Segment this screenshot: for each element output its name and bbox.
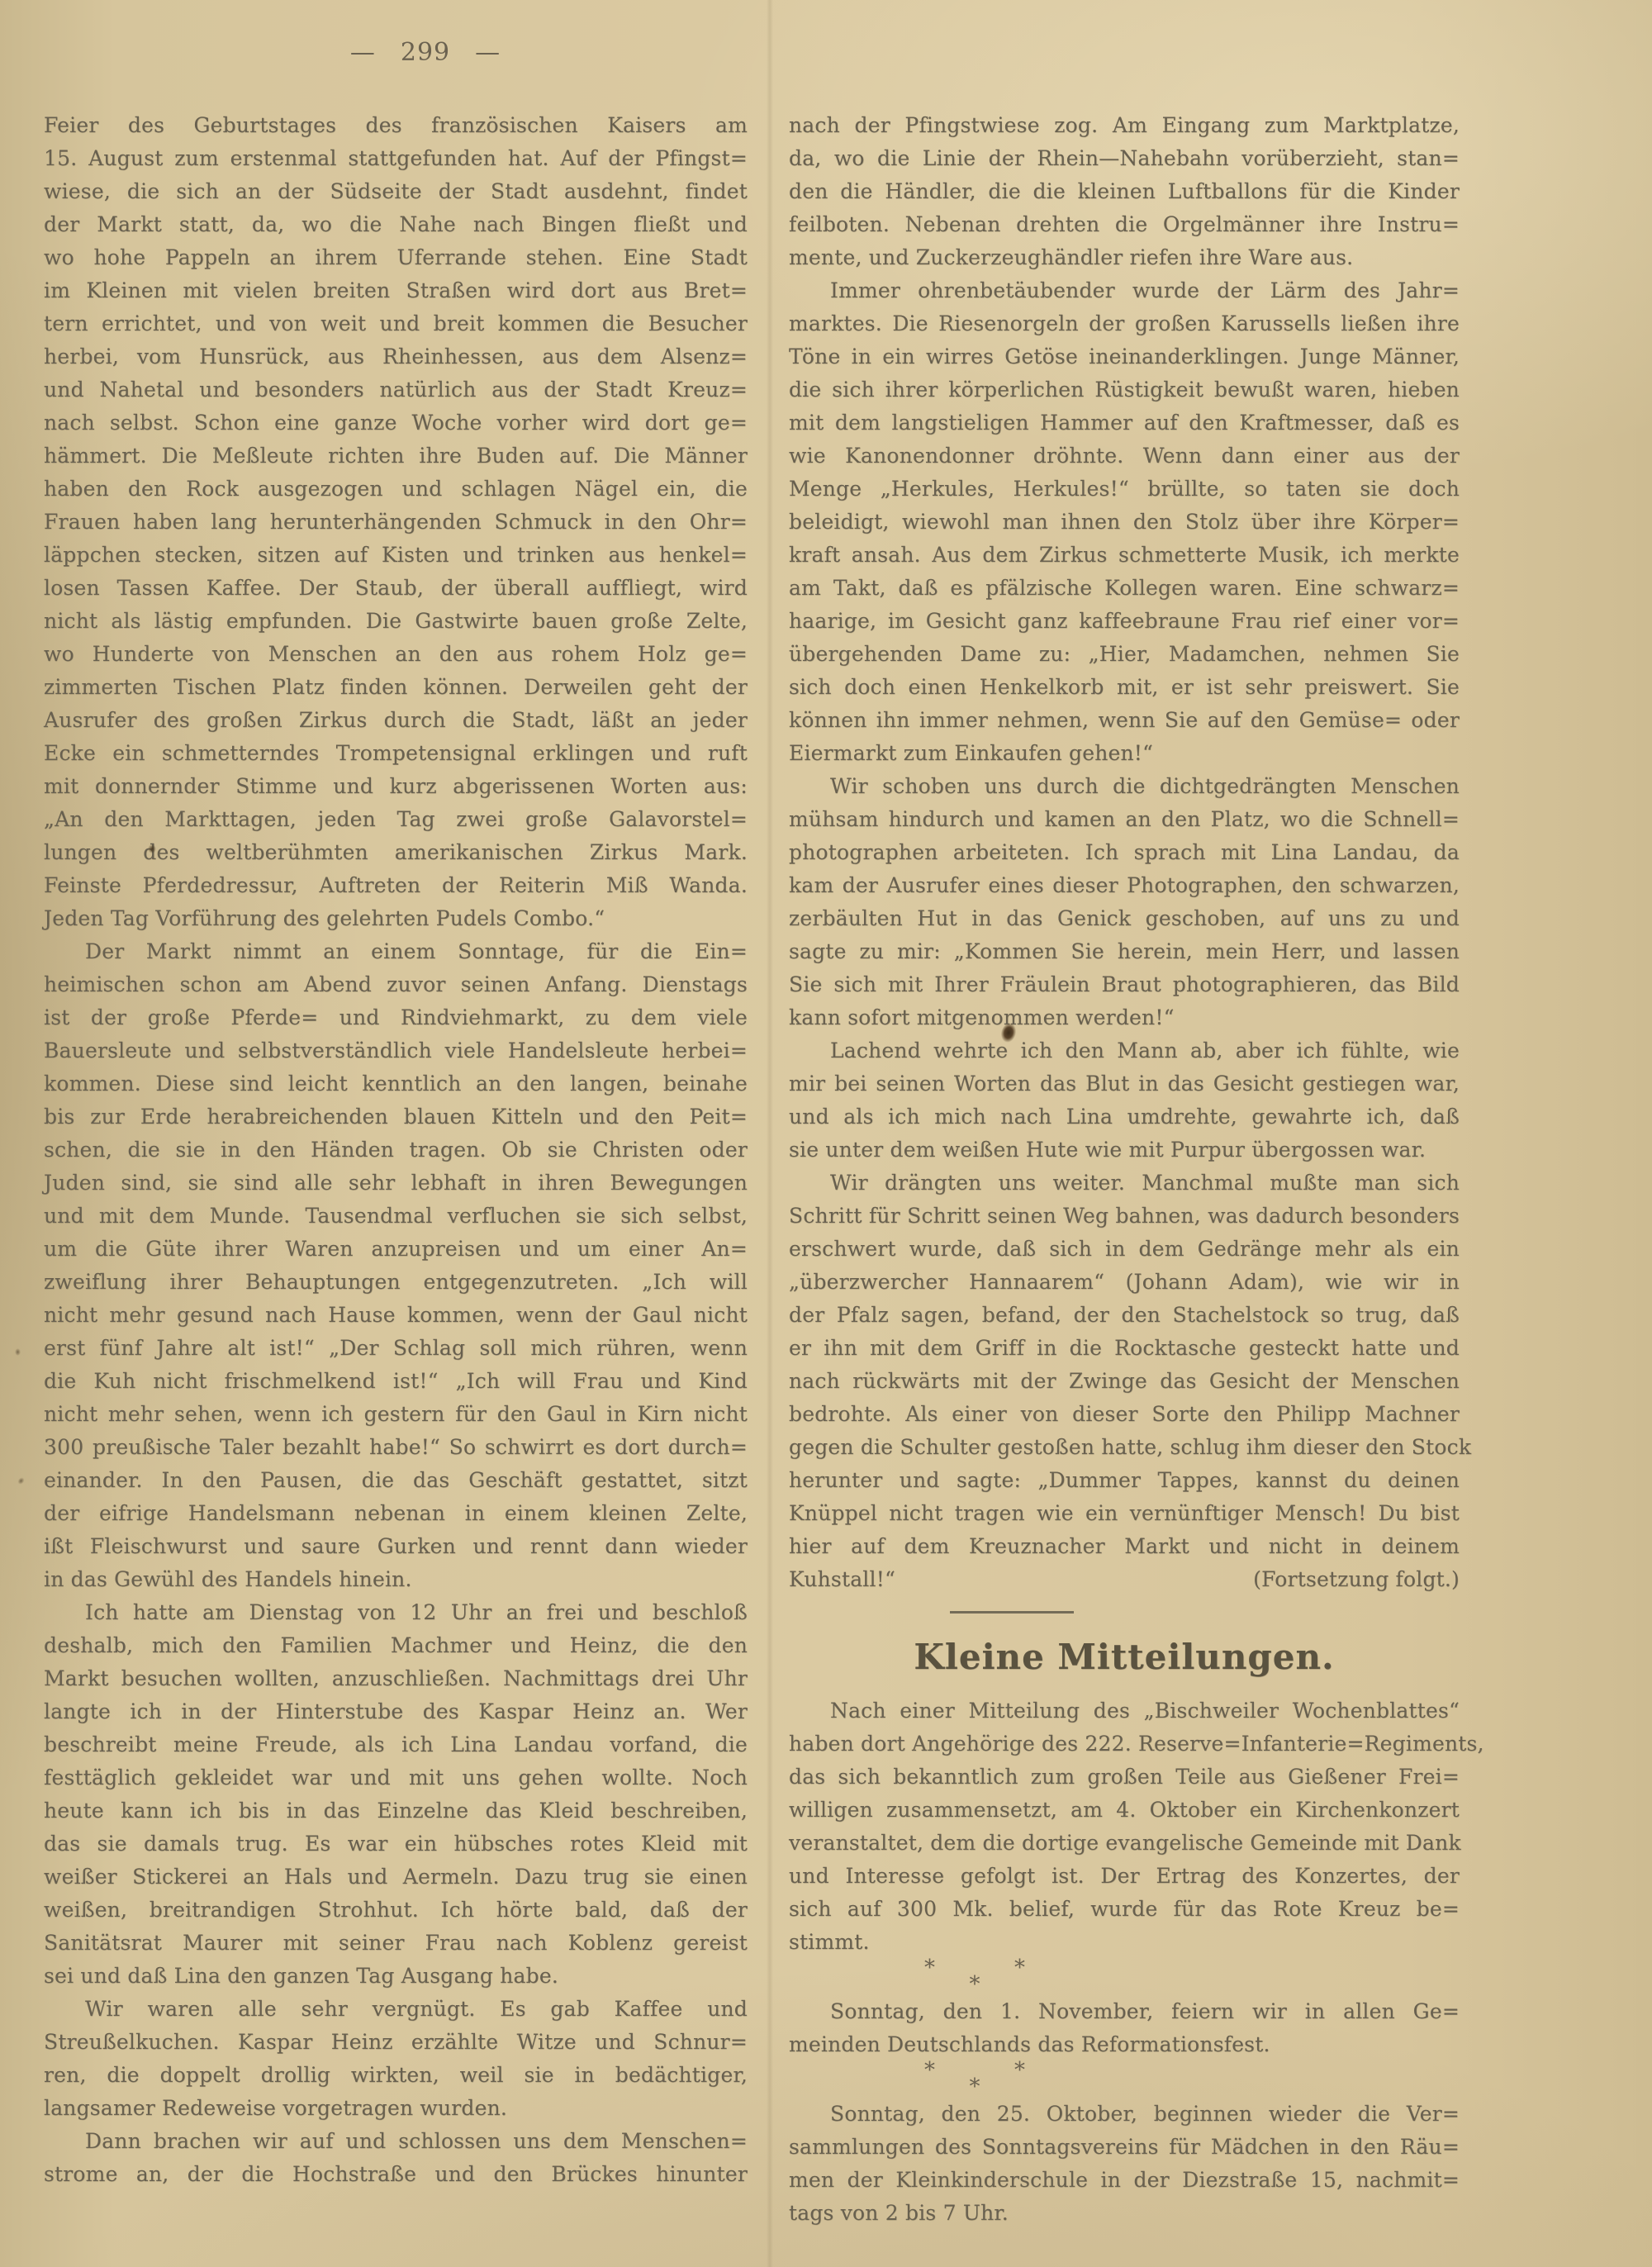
text-line: da, wo die Linie der Rhein—Nahebahn vorü…: [789, 142, 1460, 175]
text-line: Kuhstall!“(Fortsetzung folgt.): [789, 1563, 1460, 1596]
text-line: Schritt für Schritt seinen Weg bahnen, w…: [789, 1200, 1460, 1233]
text-line: er ihn mit dem Griff in die Rocktasche g…: [789, 1332, 1460, 1365]
text-line: mit dem langstieligen Hammer auf den Kra…: [789, 406, 1460, 440]
text-line: Sonntag, den 25. Oktober, beginnen wiede…: [789, 2098, 1460, 2131]
text-line: festtäglich gekleidet war und mit uns ge…: [44, 1761, 748, 1794]
page-number-dash-left: —: [350, 38, 376, 67]
text-line: Frauen haben lang herunterhängenden Schm…: [44, 506, 748, 539]
text-line: einander. In den Pausen, die das Geschäf…: [44, 1464, 748, 1497]
text-line: schen, die sie in den Händen tragen. Ob …: [44, 1133, 748, 1167]
text-line: nicht als lästig empfunden. Die Gastwirt…: [44, 605, 748, 638]
text-line: der Markt statt, da, wo die Nahe nach Bi…: [44, 208, 748, 241]
text-line: im Kleinen mit vielen breiten Straßen wi…: [44, 274, 748, 307]
text-line: sagte zu mir: „Kommen Sie herein, mein H…: [789, 935, 1460, 968]
text-line: und Interesse gefolgt ist. Der Ertrag de…: [789, 1860, 1460, 1893]
text-line: kann sofort mitgenommen werden!“: [789, 1001, 1460, 1034]
text-line: Menge „Herkules, Herkules!“ brüllte, so …: [789, 473, 1460, 506]
left-column: Feier des Geburtstages des französischen…: [44, 109, 748, 2191]
text-line: und mit dem Munde. Tausendmal verfluchen…: [44, 1200, 748, 1233]
text-line: Wir drängten uns weiter. Manchmal mußte …: [789, 1167, 1460, 1200]
text-line: nicht mehr sehen, wenn ich gestern für d…: [44, 1398, 748, 1431]
text-line: das sie damals trug. Es war ein hübsches…: [44, 1827, 748, 1861]
text-line: „überzwercher Hannaarem“ (Johann Adam), …: [789, 1266, 1460, 1299]
text-line: Markt besuchen wollten, anzuschließen. N…: [44, 1662, 748, 1695]
text-line: sie unter dem weißen Hute wie mit Purpur…: [789, 1133, 1460, 1167]
text-line: den die Händler, die die kleinen Luftbal…: [789, 175, 1460, 208]
text-line: heimischen schon am Abend zuvor seinen A…: [44, 968, 748, 1001]
text-line: nach der Pfingstwiese zog. Am Eingang zu…: [789, 109, 1460, 142]
text-line: mente, und Zuckerzeughändler riefen ihre…: [789, 241, 1460, 274]
text-line: Sie sich mit Ihrer Fräulein Braut photog…: [789, 968, 1460, 1001]
text-line: photographen arbeiteten. Ich sprach mit …: [789, 836, 1460, 869]
text-line: kommen. Diese sind leicht kenntlich an d…: [44, 1067, 748, 1100]
text-line: losen Tassen Kaffee. Der Staub, der über…: [44, 572, 748, 605]
text-line: Sonntag, den 1. November, feiern wir in …: [789, 1995, 1460, 2028]
text-line: mühsam hindurch und kamen an den Platz, …: [789, 803, 1460, 836]
text-line: Feinste Pferdedressur, Auftreten der Rei…: [44, 869, 748, 902]
text-line: ist der große Pferde= und Rindviehmarkt,…: [44, 1001, 748, 1034]
text-line: Sanitätsrat Maurer mit seiner Frau nach …: [44, 1927, 748, 1960]
text-line: in das Gewühl des Handels hinein.: [44, 1563, 748, 1596]
text-line: 300 preußische Taler bezahlt habe!“ So s…: [44, 1431, 748, 1464]
section-rule: [950, 1611, 1074, 1614]
text-line: nicht mehr gesund nach Hause kommen, wen…: [44, 1299, 748, 1332]
text-line: erst fünf Jahre alt ist!“ „Der Schlag so…: [44, 1332, 748, 1365]
text-line: mit donnernder Stimme und kurz abgerisse…: [44, 770, 748, 803]
text-line: sich doch einen Henkelkorb mit, er ist s…: [789, 671, 1460, 704]
text-line: erschwert wurde, daß sich in dem Gedräng…: [789, 1233, 1460, 1266]
text-line: wiese, die sich an der Südseite der Stad…: [44, 175, 748, 208]
text-line: gegen die Schulter gestoßen hatte, schlu…: [789, 1431, 1460, 1464]
text-line: sei und daß Lina den ganzen Tag Ausgang …: [44, 1960, 748, 1993]
text-line: und Nahetal und besonders natürlich aus …: [44, 373, 748, 406]
text-line: Wir waren alle sehr vergnügt. Es gab Kaf…: [44, 1993, 748, 2026]
star-divider: ***: [913, 1959, 1037, 1995]
text-line: Dann brachen wir auf und schlossen uns d…: [44, 2125, 748, 2158]
text-line: heute kann ich bis in das Einzelne das K…: [44, 1794, 748, 1827]
text-line: sammlungen des Sonntagsvereins für Mädch…: [789, 2131, 1460, 2164]
ink-spot: [148, 844, 156, 853]
text-line: sich auf 300 Mk. belief, wurde für das R…: [789, 1893, 1460, 1926]
paper-speck: [17, 1476, 26, 1485]
text-line: haben den Rock ausgezogen und schlagen N…: [44, 473, 748, 506]
text-line: Streußelkuchen. Kaspar Heinz erzählte Wi…: [44, 2026, 748, 2059]
text-line: Ecke ein schmetterndes Trompetensignal e…: [44, 737, 748, 770]
text-line: mir bei seinen Worten das Blut in das Ge…: [789, 1067, 1460, 1100]
text-line: Knüppel nicht tragen wie ein vernünftige…: [789, 1497, 1460, 1530]
right-column: nach der Pfingstwiese zog. Am Eingang zu…: [789, 109, 1460, 2230]
text-line: haarige, im Gesicht ganz kaffeebraune Fr…: [789, 605, 1460, 638]
text-line: Juden sind, sie sind alle sehr lebhaft i…: [44, 1167, 748, 1200]
text-line: Lachend wehrte ich den Mann ab, aber ich…: [789, 1034, 1460, 1067]
text-line: herbei, vom Hunsrück, aus Rheinhessen, a…: [44, 340, 748, 373]
text-line: weißer Stickerei an Hals und Aermeln. Da…: [44, 1861, 748, 1894]
scanned-page: { "colors": { "paper": "#d7c69e", "ink":…: [0, 0, 1652, 2267]
page-number-dash-right: —: [475, 38, 501, 67]
text-line: kam der Ausrufer eines dieser Photograph…: [789, 869, 1460, 902]
text-line: Nach einer Mitteilung des „Bischweiler W…: [789, 1694, 1460, 1728]
text-line: der Pfalz sagen, befand, der den Stachel…: [789, 1299, 1460, 1332]
page-number-row: — 299 —: [66, 38, 785, 67]
text-line: beleidigt, wiewohl man ihnen den Stolz ü…: [789, 506, 1460, 539]
text-line: zerbäulten Hut in das Genick geschoben, …: [789, 902, 1460, 935]
text-line: zimmerten Tischen Platz finden können. D…: [44, 671, 748, 704]
text-line: hämmert. Die Meßleute richten ihre Buden…: [44, 440, 748, 473]
page-number: 299: [401, 38, 450, 67]
text-line: am Takt, daß es pfälzische Kollegen ware…: [789, 572, 1460, 605]
text-line: ißt Fleischwurst und saure Gurken und re…: [44, 1530, 748, 1563]
text-line: langsamer Redeweise vorgetragen wurden.: [44, 2092, 748, 2125]
paper-speck: [15, 1348, 21, 1356]
text-line: das sich bekanntlich zum großen Teile au…: [789, 1761, 1460, 1794]
text-line: strome an, der die Hochstraße und den Br…: [44, 2158, 748, 2191]
text-line: wie Kanonendonner dröhnte. Wenn dann ein…: [789, 440, 1460, 473]
text-line: beschreibt meine Freude, als ich Lina La…: [44, 1728, 748, 1761]
text-line: Feier des Geburtstages des französischen…: [44, 109, 748, 142]
text-line: herunter und sagte: „Dummer Tappes, kann…: [789, 1464, 1460, 1497]
text-line: bis zur Erde herabreichenden blauen Kitt…: [44, 1100, 748, 1133]
text-line: Ich hatte am Dienstag von 12 Uhr an frei…: [44, 1596, 748, 1629]
text-line: deshalb, mich den Familien Machmer und H…: [44, 1629, 748, 1662]
text-line: feilboten. Nebenan drehten die Orgelmänn…: [789, 208, 1460, 241]
text-line: und als ich mich nach Lina umdrehte, gew…: [789, 1100, 1460, 1133]
text-line: veranstaltet, dem die dortige evangelisc…: [789, 1827, 1460, 1860]
text-line: marktes. Die Riesenorgeln der großen Kar…: [789, 307, 1460, 340]
text-line: haben dort Angehörige des 222. Reserve=I…: [789, 1728, 1460, 1761]
text-line: nach selbst. Schon eine ganze Woche vorh…: [44, 406, 748, 440]
text-line: wo hohe Pappeln an ihrem Uferrande stehe…: [44, 241, 748, 274]
text-line: zweiflung ihrer Behauptungen entgegenzut…: [44, 1266, 748, 1299]
text-line: willigen zusammensetzt, am 4. Oktober ei…: [789, 1794, 1460, 1827]
text-line: nach rückwärts mit der Zwinge das Gesich…: [789, 1365, 1460, 1398]
text-line: weißen, breitrandigen Strohhut. Ich hört…: [44, 1894, 748, 1927]
text-line: Der Markt nimmt an einem Sonntage, für d…: [44, 935, 748, 968]
text-line: tags von 2 bis 7 Uhr.: [789, 2197, 1460, 2230]
section-heading: Kleine Mitteilungen.: [789, 1638, 1460, 1676]
text-line: läppchen stecken, sitzen auf Kisten und …: [44, 539, 748, 572]
text-line: meinden Deutschlands das Reformationsfes…: [789, 2028, 1460, 2061]
star-divider: ***: [913, 2061, 1037, 2098]
column-gutter-shade: [767, 0, 773, 2267]
text-line: ren, die doppelt drollig wirkten, weil s…: [44, 2059, 748, 2092]
text-line: Immer ohrenbetäubender wurde der Lärm de…: [789, 274, 1460, 307]
text-line: um die Güte ihrer Waren anzupreisen und …: [44, 1233, 748, 1266]
text-line: können ihn immer nehmen, wenn Sie auf de…: [789, 704, 1460, 737]
text-line: „An den Markttagen, jeden Tag zwei große…: [44, 803, 748, 836]
text-line: der eifrige Handelsmann nebenan in einem…: [44, 1497, 748, 1530]
text-line: tern errichtet, und von weit und breit k…: [44, 307, 748, 340]
text-line: Ausrufer des großen Zirkus durch die Sta…: [44, 704, 748, 737]
text-line: men der Kleinkinderschule in der Diezstr…: [789, 2164, 1460, 2197]
line-text: Kuhstall!“: [789, 1563, 895, 1596]
text-line: 15. August zum erstenmal stattgefunden h…: [44, 142, 748, 175]
text-line: die Kuh nicht frischmelkend ist!“ „Ich w…: [44, 1365, 748, 1398]
text-line: kraft ansah. Aus dem Zirkus schmetterte …: [789, 539, 1460, 572]
text-line: wo Hunderte von Menschen an den aus rohe…: [44, 638, 748, 671]
continuation-note: (Fortsetzung folgt.): [1253, 1563, 1460, 1596]
text-line: die sich ihrer körperlichen Rüstigkeit b…: [789, 373, 1460, 406]
text-line: stimmt.: [789, 1926, 1460, 1959]
text-line: übergehenden Dame zu: „Hier, Madamchen, …: [789, 638, 1460, 671]
text-line: Eiermarkt zum Einkaufen gehen!“: [789, 737, 1460, 770]
text-line: Wir schoben uns durch die dichtgedrängte…: [789, 770, 1460, 803]
text-line: hier auf dem Kreuznacher Markt und nicht…: [789, 1530, 1460, 1563]
text-line: bedrohte. Als einer von dieser Sorte den…: [789, 1398, 1460, 1431]
text-line: Bauersleute und selbstverständlich viele…: [44, 1034, 748, 1067]
text-line: Töne in ein wirres Getöse ineinanderklin…: [789, 340, 1460, 373]
text-line: langte ich in der Hinterstube des Kaspar…: [44, 1695, 748, 1728]
text-line: Jeden Tag Vorführung des gelehrten Pudel…: [44, 902, 748, 935]
